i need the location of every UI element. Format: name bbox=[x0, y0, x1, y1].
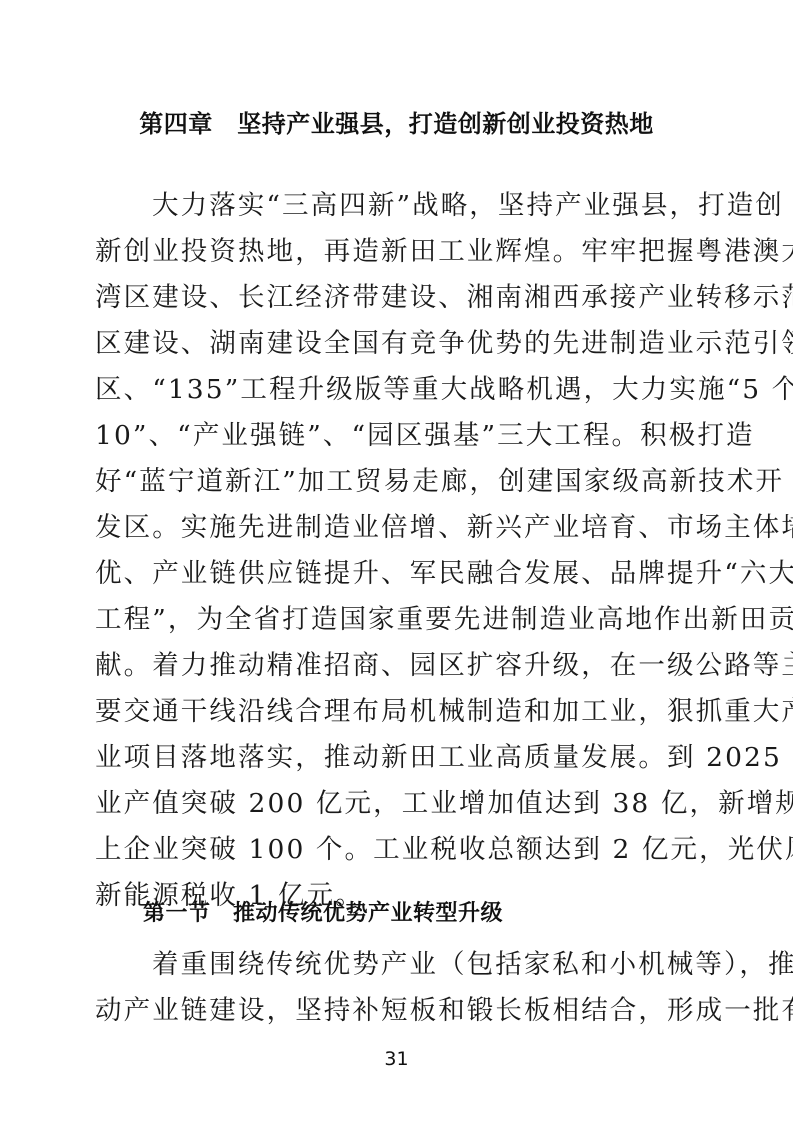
text-line: 业项目落地落实，推动新田工业高质量发展。到 2025 年工 bbox=[95, 735, 699, 781]
text-line: 优、产业链供应链提升、军民融合发展、品牌提升“六大 bbox=[95, 551, 699, 597]
text-line: 10”、“产业强链”、“园区强基”三大工程。积极打造 bbox=[95, 413, 699, 459]
chapter-title: 第四章 坚持产业强县，打造创新创业投资热地 bbox=[0, 106, 793, 142]
text-line: 业产值突破 200 亿元，工业增加值达到 38 亿，新增规模以 bbox=[95, 781, 699, 827]
text-line: 上企业突破 100 个。工业税收总额达到 2 亿元，光伏风力 bbox=[95, 827, 699, 873]
text-line: 好“蓝宁道新江”加工贸易走廊，创建国家级高新技术开 bbox=[95, 459, 699, 505]
text-line: 湾区建设、长江经济带建设、湘南湘西承接产业转移示范 bbox=[95, 275, 699, 321]
text-line: 着重围绕传统优势产业（包括家私和小机械等），推 bbox=[95, 942, 699, 988]
text-line: 动产业链建设，坚持补短板和锻长板相结合，形成一批有 bbox=[95, 988, 699, 1034]
section-title: 第一节 推动传统优势产业转型升级 bbox=[143, 898, 503, 930]
text-line: 献。着力推动精准招商、园区扩容升级，在一级公路等主 bbox=[95, 643, 699, 689]
text-line: 新创业投资热地，再造新田工业辉煌。牢牢把握粤港澳大 bbox=[95, 229, 699, 275]
text-line: 大力落实“三高四新”战略，坚持产业强县，打造创 bbox=[95, 183, 699, 229]
text-line: 工程”，为全省打造国家重要先进制造业高地作出新田贡 bbox=[95, 597, 699, 643]
paragraph-chapter-intro: 大力落实“三高四新”战略，坚持产业强县，打造创 新创业投资热地，再造新田工业辉煌… bbox=[95, 183, 699, 919]
text-line: 区建设、湖南建设全国有竞争优势的先进制造业示范引领 bbox=[95, 321, 699, 367]
document-page: 第四章 坚持产业强县，打造创新创业投资热地 大力落实“三高四新”战略，坚持产业强… bbox=[0, 0, 793, 1122]
paragraph-section-intro: 着重围绕传统优势产业（包括家私和小机械等），推 动产业链建设，坚持补短板和锻长板… bbox=[95, 942, 699, 1034]
text-line: 发区。实施先进制造业倍增、新兴产业培育、市场主体培 bbox=[95, 505, 699, 551]
text-line: 要交通干线沿线合理布局机械制造和加工业，狠抓重大产 bbox=[95, 689, 699, 735]
page-number: 31 bbox=[0, 1046, 793, 1072]
text-line: 区、“135”工程升级版等重大战略机遇，大力实施“5 个 bbox=[95, 367, 699, 413]
